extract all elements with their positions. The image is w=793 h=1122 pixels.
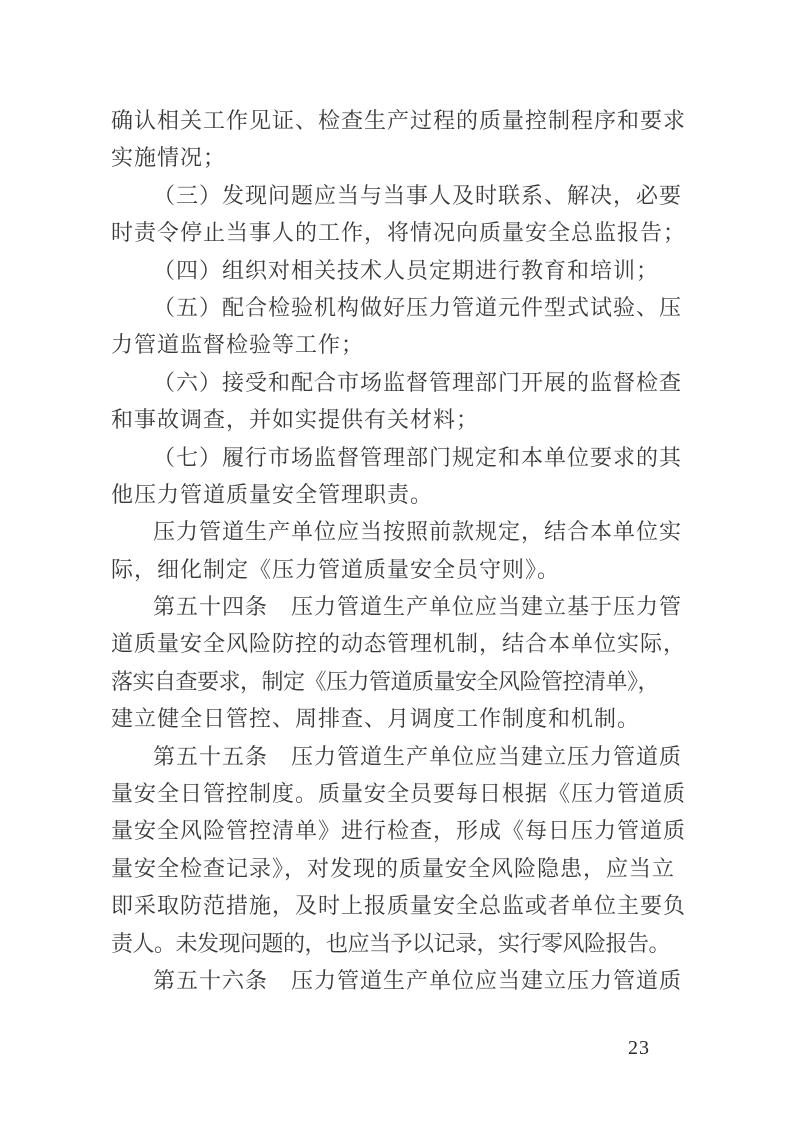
text-line: （五）配合检验机构做好压力管道元件型式试验、压: [111, 289, 695, 326]
text-line: 道质量安全风险防控的动态管理机制，结合本单位实际，: [111, 625, 695, 662]
text-line: 量安全检查记录》，对发现的质量安全风险隐患，应当立: [111, 850, 695, 887]
text-line: 力管道监督检验等工作；: [111, 326, 695, 363]
text-line: （七）履行市场监督管理部门规定和本单位要求的其: [111, 439, 695, 476]
text-line: 落实自查要求，制定《压力管道质量安全风险管控清单》，: [111, 663, 695, 700]
text-line: 实施情况；: [111, 139, 695, 176]
text-line: 量安全风险管控清单》进行检查，形成《每日压力管道质: [111, 812, 695, 849]
text-line: 建立健全日管控、周排查、月调度工作制度和机制。: [111, 700, 695, 737]
text-line: （四）组织对相关技术人员定期进行教育和培训；: [111, 252, 695, 289]
text-line: 时责令停止当事人的工作，将情况向质量安全总监报告；: [111, 214, 695, 251]
text-line: （六）接受和配合市场监督管理部门开展的监督检查: [111, 364, 695, 401]
text-line: 量安全日管控制度。质量安全员要每日根据《压力管道质: [111, 775, 695, 812]
text-line: 第五十五条 压力管道生产单位应当建立压力管道质: [111, 738, 695, 775]
text-line: 即采取防范措施，及时上报质量安全总监或者单位主要负: [111, 887, 695, 924]
text-line: 责人。未发现问题的，也应当予以记录，实行零风险报告。: [111, 925, 695, 962]
text-line: 第五十六条 压力管道生产单位应当建立压力管道质: [111, 962, 695, 999]
text-line: 确认相关工作见证、检查生产过程的质量控制程序和要求: [111, 102, 695, 139]
text-line: 第五十四条 压力管道生产单位应当建立基于压力管: [111, 588, 695, 625]
document-body: 确认相关工作见证、检查生产过程的质量控制程序和要求 实施情况； （三）发现问题应…: [111, 102, 695, 999]
text-line: （三）发现问题应当与当事人及时联系、解决，必要: [111, 177, 695, 214]
document-page: 确认相关工作见证、检查生产过程的质量控制程序和要求 实施情况； （三）发现问题应…: [0, 0, 793, 1122]
text-line: 压力管道生产单位应当按照前款规定，结合本单位实: [111, 513, 695, 550]
text-line: 和事故调查，并如实提供有关材料；: [111, 401, 695, 438]
text-line: 际，细化制定《压力管道质量安全员守则》。: [111, 551, 695, 588]
text-line: 他压力管道质量安全管理职责。: [111, 476, 695, 513]
page-number: 23: [628, 1036, 650, 1060]
